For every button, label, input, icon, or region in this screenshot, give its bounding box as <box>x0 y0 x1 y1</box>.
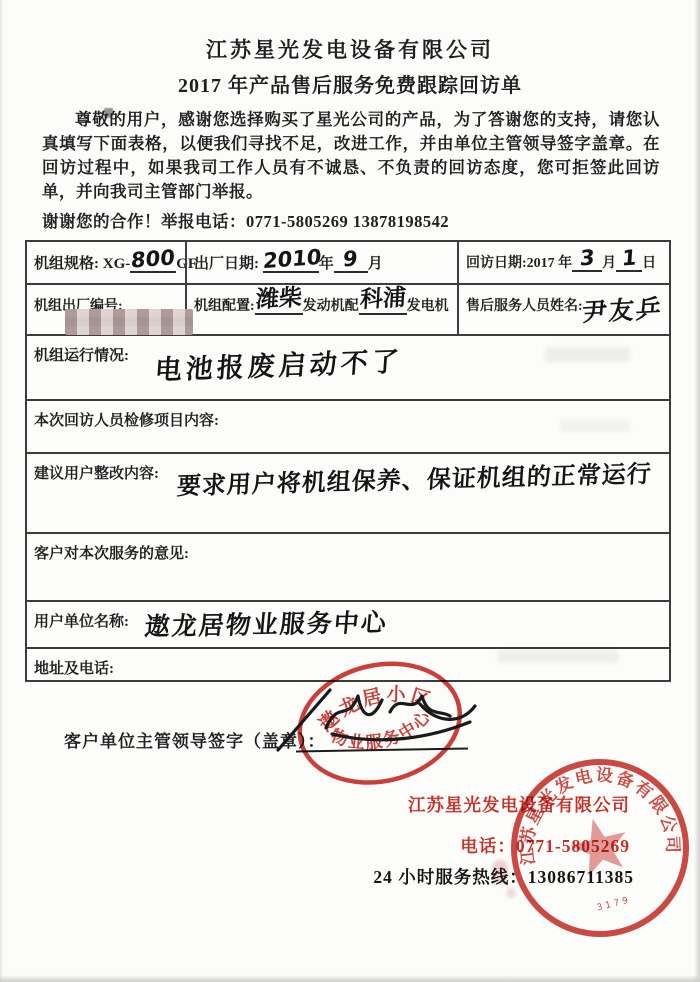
visit-date-label: 回访日期:2017 年 <box>466 256 572 271</box>
form-title: 2017 年产品售后服务免费跟踪回访单 <box>0 69 700 98</box>
engine-brand-handwritten: 潍柴 <box>255 291 302 307</box>
unit-config-label: 机组配置: <box>194 299 255 314</box>
table-row-suggestion: 建议用户整改内容: 要求用户将机组保养、保证机组的正常运行 <box>27 452 669 532</box>
thanks-line: 谢谢您的合作！举报电话：0771-5805269 13878198542 <box>42 208 449 232</box>
visit-day-handwritten: 1 <box>621 250 637 265</box>
factory-month-handwritten: 9 <box>343 251 359 266</box>
serial-number-redacted-mosaic <box>65 309 193 335</box>
scanned-form-page: 江苏星光发电设备有限公司 2017 年产品售后服务免费跟踪回访单 尊敬的用户，感… <box>0 0 700 982</box>
supervisor-signature-handwriting <box>268 680 483 758</box>
inspection-label: 本次回访人员检修项目内容: <box>27 401 669 430</box>
company-round-seal: 江苏星光发电设备有限公司 3179 <box>484 734 700 963</box>
table-row-serial-config: 机组出厂编号: 机组配置:潍柴发动机配科浦发电机 售后服务人员姓名: 尹友乒 <box>27 283 669 334</box>
factory-year-handwritten: 2010 <box>262 250 321 268</box>
running-status-handwritten: 电池报废启动不了 <box>154 340 405 388</box>
feedback-label: 客户对本次服务的意见: <box>27 534 669 563</box>
engine-brand-blank: 潍柴 <box>255 296 303 315</box>
seal-star-icon <box>565 812 633 878</box>
cell-serial-number: 机组出厂编号: <box>27 285 185 334</box>
unit-spec-label: 机组规格: XG- <box>34 256 130 272</box>
factory-date-label: 出厂日期: <box>194 256 259 272</box>
unit-config-mid: 发动机配 <box>303 299 359 314</box>
visit-month-handwritten: 3 <box>579 250 595 265</box>
unit-spec-blank: 800 <box>130 254 176 273</box>
cell-inspection: 本次回访人员检修项目内容: <box>27 401 669 452</box>
cell-unit-config: 机组配置:潍柴发动机配科浦发电机 <box>185 285 457 334</box>
table-row-feedback: 客户对本次服务的意见: <box>27 532 669 600</box>
visit-date-field: 回访日期:2017 年3月1日 <box>459 242 669 272</box>
company-title: 江苏星光发电设备有限公司 <box>0 34 700 64</box>
factory-month-unit: 月 <box>368 256 383 272</box>
factory-year-blank: 2010 <box>263 254 319 273</box>
unit-config-suffix: 发电机 <box>407 299 449 314</box>
cell-unit-name: 用户单位名称: 遨龙居物业服务中心 <box>27 602 669 647</box>
factory-date-field: 出厂日期: 2010年9月 <box>187 242 457 273</box>
alternator-brand-blank: 科浦 <box>359 296 407 315</box>
intro-paragraph: 尊敬的用户，感谢您选择购买了星光公司的产品，为了答谢您的支持，请您认真填写下面表… <box>42 108 660 204</box>
scan-edge-bottom <box>0 975 700 982</box>
unit-spec-field: 机组规格: XG-800GF <box>27 242 185 273</box>
visit-day-unit: 日 <box>642 256 656 271</box>
visit-month-blank: 3 <box>572 253 602 272</box>
form-table: 机组规格: XG-800GF 出厂日期: 2010年9月 回访日期:2017 年… <box>25 240 671 682</box>
table-row-dates: 机组规格: XG-800GF 出厂日期: 2010年9月 回访日期:2017 年… <box>27 242 669 283</box>
cell-service-person: 售后服务人员姓名: 尹友乒 <box>457 285 669 334</box>
factory-month-blank: 9 <box>334 254 368 273</box>
cell-running-status: 机组运行情况: 电池报废启动不了 <box>27 336 669 399</box>
unit-name-handwritten: 遨龙居物业服务中心 <box>143 603 389 643</box>
table-row-running-status: 机组运行情况: 电池报废启动不了 <box>27 334 669 399</box>
round-seal-code: 3179 <box>596 895 632 913</box>
visit-day-blank: 1 <box>616 253 642 272</box>
cell-visit-date: 回访日期:2017 年3月1日 <box>457 242 669 283</box>
unit-config-field: 机组配置:潍柴发动机配科浦发电机 <box>187 285 457 315</box>
table-row-inspection: 本次回访人员检修项目内容: <box>27 399 669 452</box>
cell-factory-date: 出厂日期: 2010年9月 <box>185 242 457 283</box>
cell-suggestion: 建议用户整改内容: 要求用户将机组保养、保证机组的正常运行 <box>27 454 669 532</box>
cell-feedback: 客户对本次服务的意见: <box>27 534 669 600</box>
visit-month-unit: 月 <box>602 256 616 271</box>
cell-unit-spec: 机组规格: XG-800GF <box>27 242 185 283</box>
unit-spec-handwritten-value: 800 <box>131 250 176 267</box>
alternator-brand-handwritten: 科浦 <box>359 291 406 307</box>
table-row-unit-name: 用户单位名称: 遨龙居物业服务中心 <box>27 600 669 647</box>
service-person-handwritten: 尹友乒 <box>580 289 664 329</box>
scan-edge-left <box>0 0 3 982</box>
